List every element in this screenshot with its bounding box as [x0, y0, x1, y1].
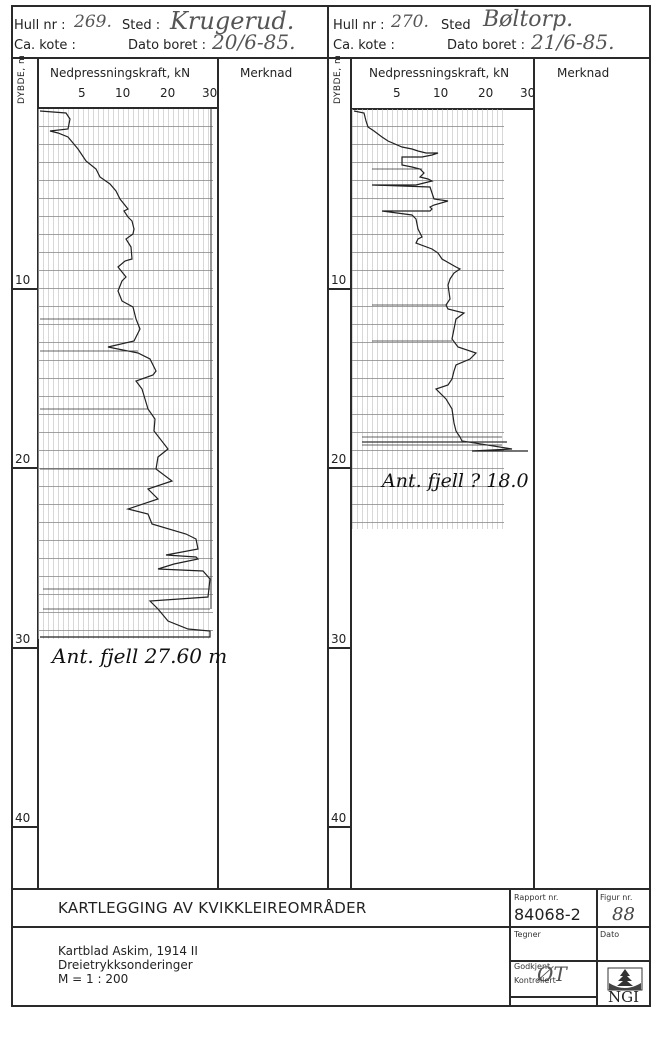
- left-depth-label-40: 40: [15, 811, 30, 825]
- left-annotation: Ant. fjell 27.60 m: [52, 644, 227, 668]
- drawn-by-label: Tegner: [514, 930, 541, 939]
- right-hole-label: Hull nr :: [333, 18, 384, 33]
- right-site-value: Bøltorp.: [483, 7, 573, 32]
- right-force-tick-5: 5: [393, 86, 401, 100]
- left-sounding-trace: [38, 109, 213, 684]
- left-date-value: 20/6-85.: [212, 30, 295, 54]
- right-depth-tick-40: [327, 826, 350, 828]
- left-depth-tick-10: [11, 288, 37, 290]
- right-depth-label-40: 40: [331, 811, 346, 825]
- right-depth-label-10: 10: [331, 273, 346, 287]
- date-label: Dato: [600, 930, 619, 939]
- titleblock-top-line: [11, 888, 651, 890]
- right-force-tick-30: 30: [520, 86, 535, 100]
- map-sheet: Kartblad Askim, 1914 II: [58, 944, 198, 958]
- right-force-tick-10: 10: [433, 86, 448, 100]
- right-date-value: 21/6-85.: [531, 30, 614, 54]
- left-force-tick-10: 10: [115, 86, 130, 100]
- left-remarks-col-left: [217, 57, 219, 889]
- left-depth-label-20: 20: [15, 452, 30, 466]
- titleblock-divider-2: [596, 888, 598, 1005]
- frame-divider-center: [327, 5, 329, 889]
- right-depth-tick-30: [327, 647, 350, 649]
- right-depth-label-30: 30: [331, 632, 346, 646]
- left-elevation-label: Ca. kote :: [14, 38, 76, 53]
- left-depth-label-10: 10: [15, 273, 30, 287]
- right-log-header: Hull nr : 270. Sted Bøltorp. Ca. kote : …: [333, 10, 651, 56]
- right-elevation-label: Ca. kote :: [333, 38, 395, 53]
- right-depth-axis-label: DYBDE, m: [333, 55, 343, 104]
- left-hole-number: 269.: [74, 12, 112, 32]
- left-force-tick-5: 5: [78, 86, 86, 100]
- ngi-logo: NGI: [604, 966, 646, 1004]
- left-depth-axis-label: DYBDE, m: [17, 55, 27, 104]
- left-sounding-plot: [38, 109, 213, 684]
- right-date-label: Dato boret :: [447, 38, 525, 53]
- titleblock-mid-line: [11, 926, 651, 928]
- left-depth-tick-30: [11, 647, 37, 649]
- header-bottom-line: [11, 57, 651, 59]
- right-depth-tick-20: [327, 467, 350, 469]
- checked-label: Kontrollert: [514, 976, 556, 985]
- left-depth-tick-40: [11, 826, 37, 828]
- right-force-tick-20: 20: [478, 86, 493, 100]
- project-title: KARTLEGGING AV KVIKKLEIREOMRÅDER: [58, 899, 367, 917]
- drawing-description: Kartblad Askim, 1914 II Dreietrykksonder…: [58, 944, 198, 986]
- left-depth-tick-20: [11, 467, 37, 469]
- scale: M = 1 : 200: [58, 972, 198, 986]
- left-depth-label-30: 30: [15, 632, 30, 646]
- left-date-label: Dato boret :: [128, 38, 206, 53]
- right-annotation: Ant. fjell ? 18.0: [382, 470, 529, 492]
- left-log-header: Hull nr : 269. Sted : Krugerud. Ca. kote…: [14, 10, 326, 56]
- right-site-label: Sted: [441, 18, 471, 33]
- titleblock-row-4: [509, 996, 596, 998]
- right-remarks-col-left: [533, 57, 535, 889]
- right-remarks-label: Merknad: [557, 66, 609, 80]
- left-force-tick-20: 20: [160, 86, 175, 100]
- left-site-label: Sted :: [122, 18, 160, 33]
- method: Dreietrykksonderinger: [58, 958, 198, 972]
- report-number: 84068-2: [514, 905, 581, 924]
- logo-text: NGI: [608, 988, 639, 1006]
- left-hole-label: Hull nr :: [14, 18, 65, 33]
- left-force-axis-label: Nedpressningskraft, kN: [50, 66, 190, 80]
- left-remarks-label: Merknad: [240, 66, 292, 80]
- right-hole-number: 270.: [391, 12, 429, 32]
- report-number-label: Rapport nr.: [514, 893, 558, 902]
- figure-number-label: Figur nr.: [600, 893, 632, 902]
- right-depth-label-20: 20: [331, 452, 346, 466]
- left-force-tick-30: 30: [202, 86, 217, 100]
- titleblock-divider-1: [509, 888, 511, 1005]
- right-force-axis-label: Nedpressningskraft, kN: [369, 66, 509, 80]
- figure-number: 88: [612, 904, 635, 925]
- right-depth-tick-10: [327, 288, 350, 290]
